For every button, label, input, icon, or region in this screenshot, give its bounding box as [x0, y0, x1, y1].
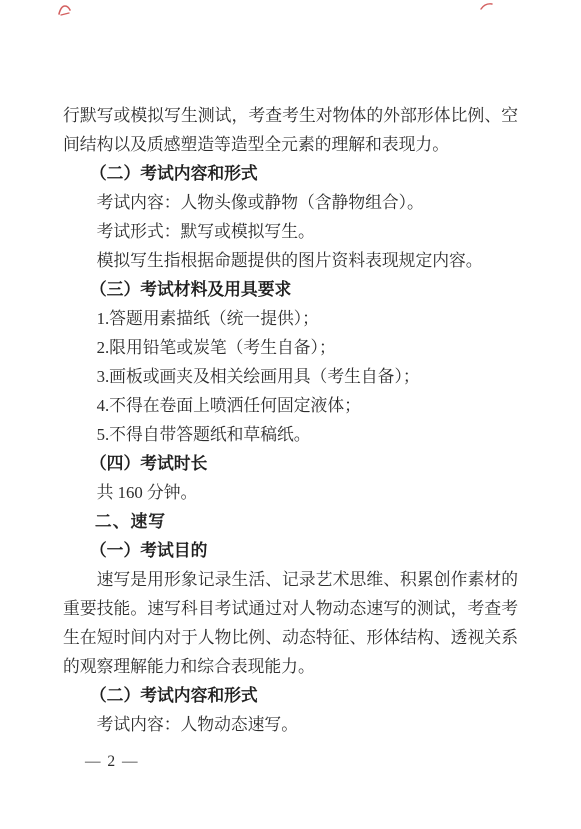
text-line: 重要技能。速写科目考试通过对人物动态速写的测试，考查考 [63, 594, 518, 623]
page-number: — 2 — [85, 752, 139, 772]
text-line: 共 160 分钟。 [63, 478, 518, 507]
section-heading: （二）考试内容和形式 [63, 159, 518, 188]
red-pen-mark-icon [480, 2, 493, 11]
document-page: 行默写或模拟写生测试，考查考生对物体的外部形体比例、空 间结构以及质感塑造等造型… [0, 0, 581, 829]
text-line: 考试形式：默写或模拟写生。 [63, 217, 518, 246]
text-line: 间结构以及质感塑造等造型全元素的理解和表现力。 [63, 130, 518, 159]
text-line: 生在短时间内对于人物比例、动态特征、形体结构、透视关系 [63, 623, 518, 652]
list-item: 3.画板或画夹及相关绘画用具（考生自备）； [63, 362, 518, 391]
list-item: 5.不得自带答题纸和草稿纸。 [63, 420, 518, 449]
section-heading: （二）考试内容和形式 [63, 681, 518, 710]
list-item: 1.答题用素描纸（统一提供）； [63, 304, 518, 333]
text-line: 考试内容：人物头像或静物（含静物组合）。 [63, 188, 518, 217]
text-line: 模拟写生指根据命题提供的图片资料表现规定内容。 [63, 246, 518, 275]
section-heading: （三）考试材料及用具要求 [63, 275, 518, 304]
red-pen-mark-icon [57, 3, 73, 16]
text-line: 考试内容：人物动态速写。 [63, 710, 518, 739]
text-line: 的观察理解能力和综合表现能力。 [63, 652, 518, 681]
section-heading: （一）考试目的 [63, 536, 518, 565]
text-line: 行默写或模拟写生测试，考查考生对物体的外部形体比例、空 [63, 101, 518, 130]
section-heading: （四）考试时长 [63, 449, 518, 478]
list-item: 2.限用铅笔或炭笔（考生自备）； [63, 333, 518, 362]
text-line: 速写是用形象记录生活、记录艺术思维、积累创作素材的 [63, 565, 518, 594]
document-body: 行默写或模拟写生测试，考查考生对物体的外部形体比例、空 间结构以及质感塑造等造型… [63, 101, 518, 739]
list-item: 4.不得在卷面上喷洒任何固定液体； [63, 391, 518, 420]
chapter-heading: 二、速写 [63, 507, 518, 536]
